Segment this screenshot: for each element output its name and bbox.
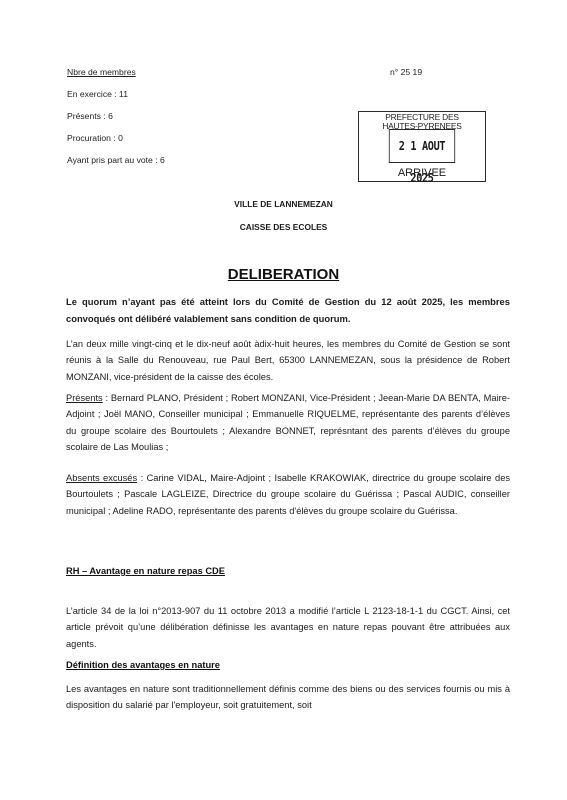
deliberation-number: n° 25 19 <box>390 67 422 78</box>
presents-list: : Bernard PLANO, Président ; Robert MONZ… <box>66 393 510 452</box>
stamp-date: 2 1 AOUT 2025 <box>389 129 455 163</box>
entity-name: CAISSE DES ECOLES <box>0 222 567 232</box>
members-present: Présents : 6 <box>67 111 113 122</box>
prefecture-reception-stamp: PREFECTURE DES HAUTES-PYRENEES 2 1 AOUT … <box>358 111 486 182</box>
members-in-office: En exercice : 11 <box>67 89 128 100</box>
presents-paragraph: Présents : Bernard PLANO, Président ; Ro… <box>66 390 510 455</box>
article-paragraph: L’article 34 de la loi n°2013-907 du 11 … <box>66 603 510 652</box>
section-heading: RH – Avantage en nature repas CDE <box>66 566 225 576</box>
members-voting: Ayant pris part au vote : 6 <box>67 155 165 166</box>
stamp-header: PREFECTURE DES HAUTES-PYRENEES <box>359 113 485 130</box>
members-count-title: Nbre de membres <box>67 67 136 78</box>
document-title: DELIBERATION <box>0 266 567 283</box>
meeting-intro: L’an deux mille vingt-cinq et le dix-neu… <box>66 336 510 385</box>
stamp-status: ARRIVEE <box>359 167 485 179</box>
definition-paragraph: Les avantages en nature sont traditionne… <box>66 681 510 714</box>
members-proxy: Procuration : 0 <box>67 133 123 144</box>
quorum-note: Le quorum n’ayant pas été atteint lors d… <box>66 294 510 327</box>
absents-label: Absents excusés <box>66 473 137 483</box>
subsection-heading: Définition des avantages en nature <box>66 660 220 670</box>
absents-paragraph: Absents excusés : Carine VIDAL, Maire-Ad… <box>66 470 510 519</box>
city-name: VILLE DE LANNEMEZAN <box>0 199 567 209</box>
presents-label: Présents <box>66 393 103 403</box>
